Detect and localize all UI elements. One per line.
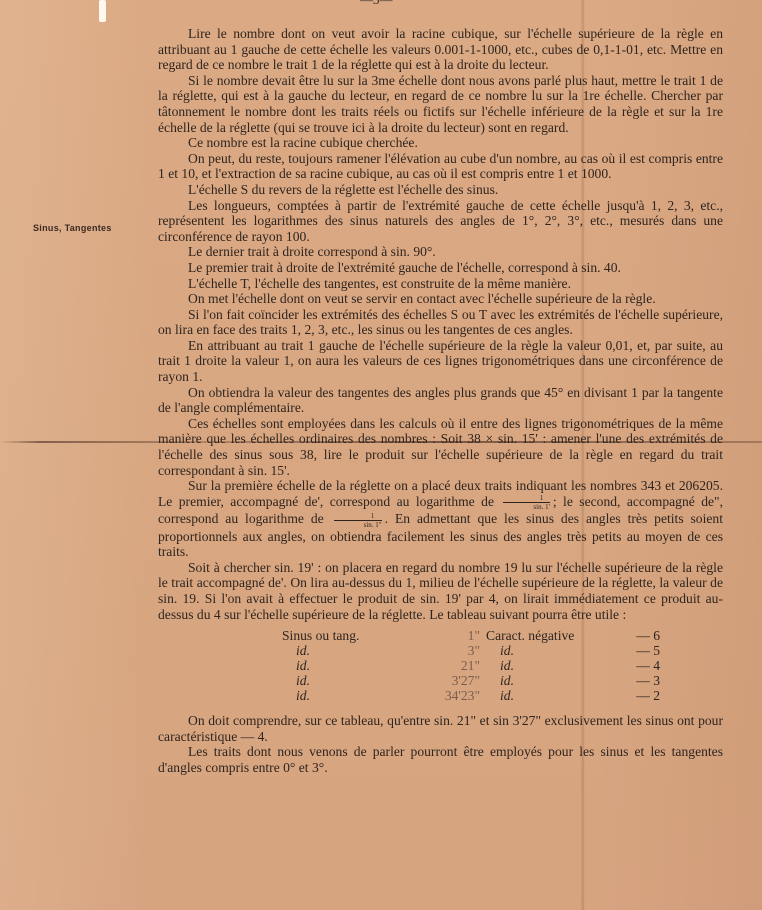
paragraph: Si l'on fait coïncider les extrémités de… bbox=[158, 307, 723, 338]
paragraph: On met l'échelle dont on veut se servir … bbox=[158, 291, 723, 307]
paragraph: Ce nombre est la racine cubique cherchée… bbox=[158, 135, 723, 151]
paper-tear bbox=[99, 0, 106, 22]
row-angle: 21" bbox=[406, 658, 486, 673]
row-angle: 3" bbox=[406, 643, 486, 658]
page-number: —3— bbox=[360, 0, 393, 8]
paragraph: En attribuant au trait 1 gauche de l'éch… bbox=[158, 338, 723, 385]
fraction-one-over-sin-1-minute: 1 sin. 1' bbox=[503, 494, 549, 511]
row-label: Sinus ou tang. bbox=[282, 628, 406, 643]
row-type: id. bbox=[486, 643, 620, 658]
paragraph: Si le nombre devait être lu sur la 3me é… bbox=[158, 73, 723, 135]
paragraph: Ces échelles sont employées dans les cal… bbox=[158, 416, 723, 478]
paragraph: Lire le nombre dont on veut avoir la rac… bbox=[158, 26, 723, 73]
row-type: id. bbox=[486, 688, 620, 703]
paragraph: L'échelle T, l'échelle des tangentes, es… bbox=[158, 276, 723, 292]
paragraph: On doit comprendre, sur ce tableau, qu'e… bbox=[158, 713, 723, 744]
row-characteristic: — 3 bbox=[620, 673, 660, 688]
row-label: id. bbox=[282, 673, 406, 688]
paragraph: Le dernier trait à droite correspond à s… bbox=[158, 244, 723, 260]
table-row: id.21"id.— 4 bbox=[282, 658, 660, 673]
table-row: id.3"id.— 5 bbox=[282, 643, 660, 658]
fraction-one-over-sin-1-second: 1 sin. 1" bbox=[334, 512, 382, 529]
row-type: id. bbox=[486, 658, 620, 673]
margin-note-sinus-tangentes: Sinus, Tangentes bbox=[33, 223, 112, 233]
paragraph: Les traits dont nous venons de parler po… bbox=[158, 744, 723, 775]
paragraph: On peut, du reste, toujours ramener l'él… bbox=[158, 151, 723, 182]
row-characteristic: — 2 bbox=[620, 688, 660, 703]
body-text: Lire le nombre dont on veut avoir la rac… bbox=[158, 26, 723, 776]
row-label: id. bbox=[282, 688, 406, 703]
paragraph: L'échelle S du revers de la réglette est… bbox=[158, 182, 723, 198]
characteristic-table: Sinus ou tang.1"Caract. négative— 6id.3"… bbox=[282, 628, 660, 703]
paragraph-reglette-marks: Sur la première échelle de la réglette o… bbox=[158, 478, 723, 560]
row-characteristic: — 6 bbox=[620, 628, 660, 643]
row-type: id. bbox=[486, 673, 620, 688]
row-angle: 3'27" bbox=[406, 673, 486, 688]
row-angle: 1" bbox=[406, 628, 486, 643]
paragraph-example: Soit à chercher sin. 19' : on placera en… bbox=[158, 560, 723, 622]
paragraph: Les longueurs, comptées à partir de l'ex… bbox=[158, 198, 723, 245]
paragraph: On obtiendra la valeur des tangentes des… bbox=[158, 385, 723, 416]
table-row: id.34'23"id.— 2 bbox=[282, 688, 660, 703]
paragraph: Le premier trait à droite de l'extrémité… bbox=[158, 260, 723, 276]
row-type: Caract. négative bbox=[486, 628, 620, 643]
row-characteristic: — 4 bbox=[620, 658, 660, 673]
table-row: id.3'27"id.— 3 bbox=[282, 673, 660, 688]
row-label: id. bbox=[282, 658, 406, 673]
table-row: Sinus ou tang.1"Caract. négative— 6 bbox=[282, 628, 660, 643]
row-characteristic: — 5 bbox=[620, 643, 660, 658]
row-label: id. bbox=[282, 643, 406, 658]
row-angle: 34'23" bbox=[406, 688, 486, 703]
